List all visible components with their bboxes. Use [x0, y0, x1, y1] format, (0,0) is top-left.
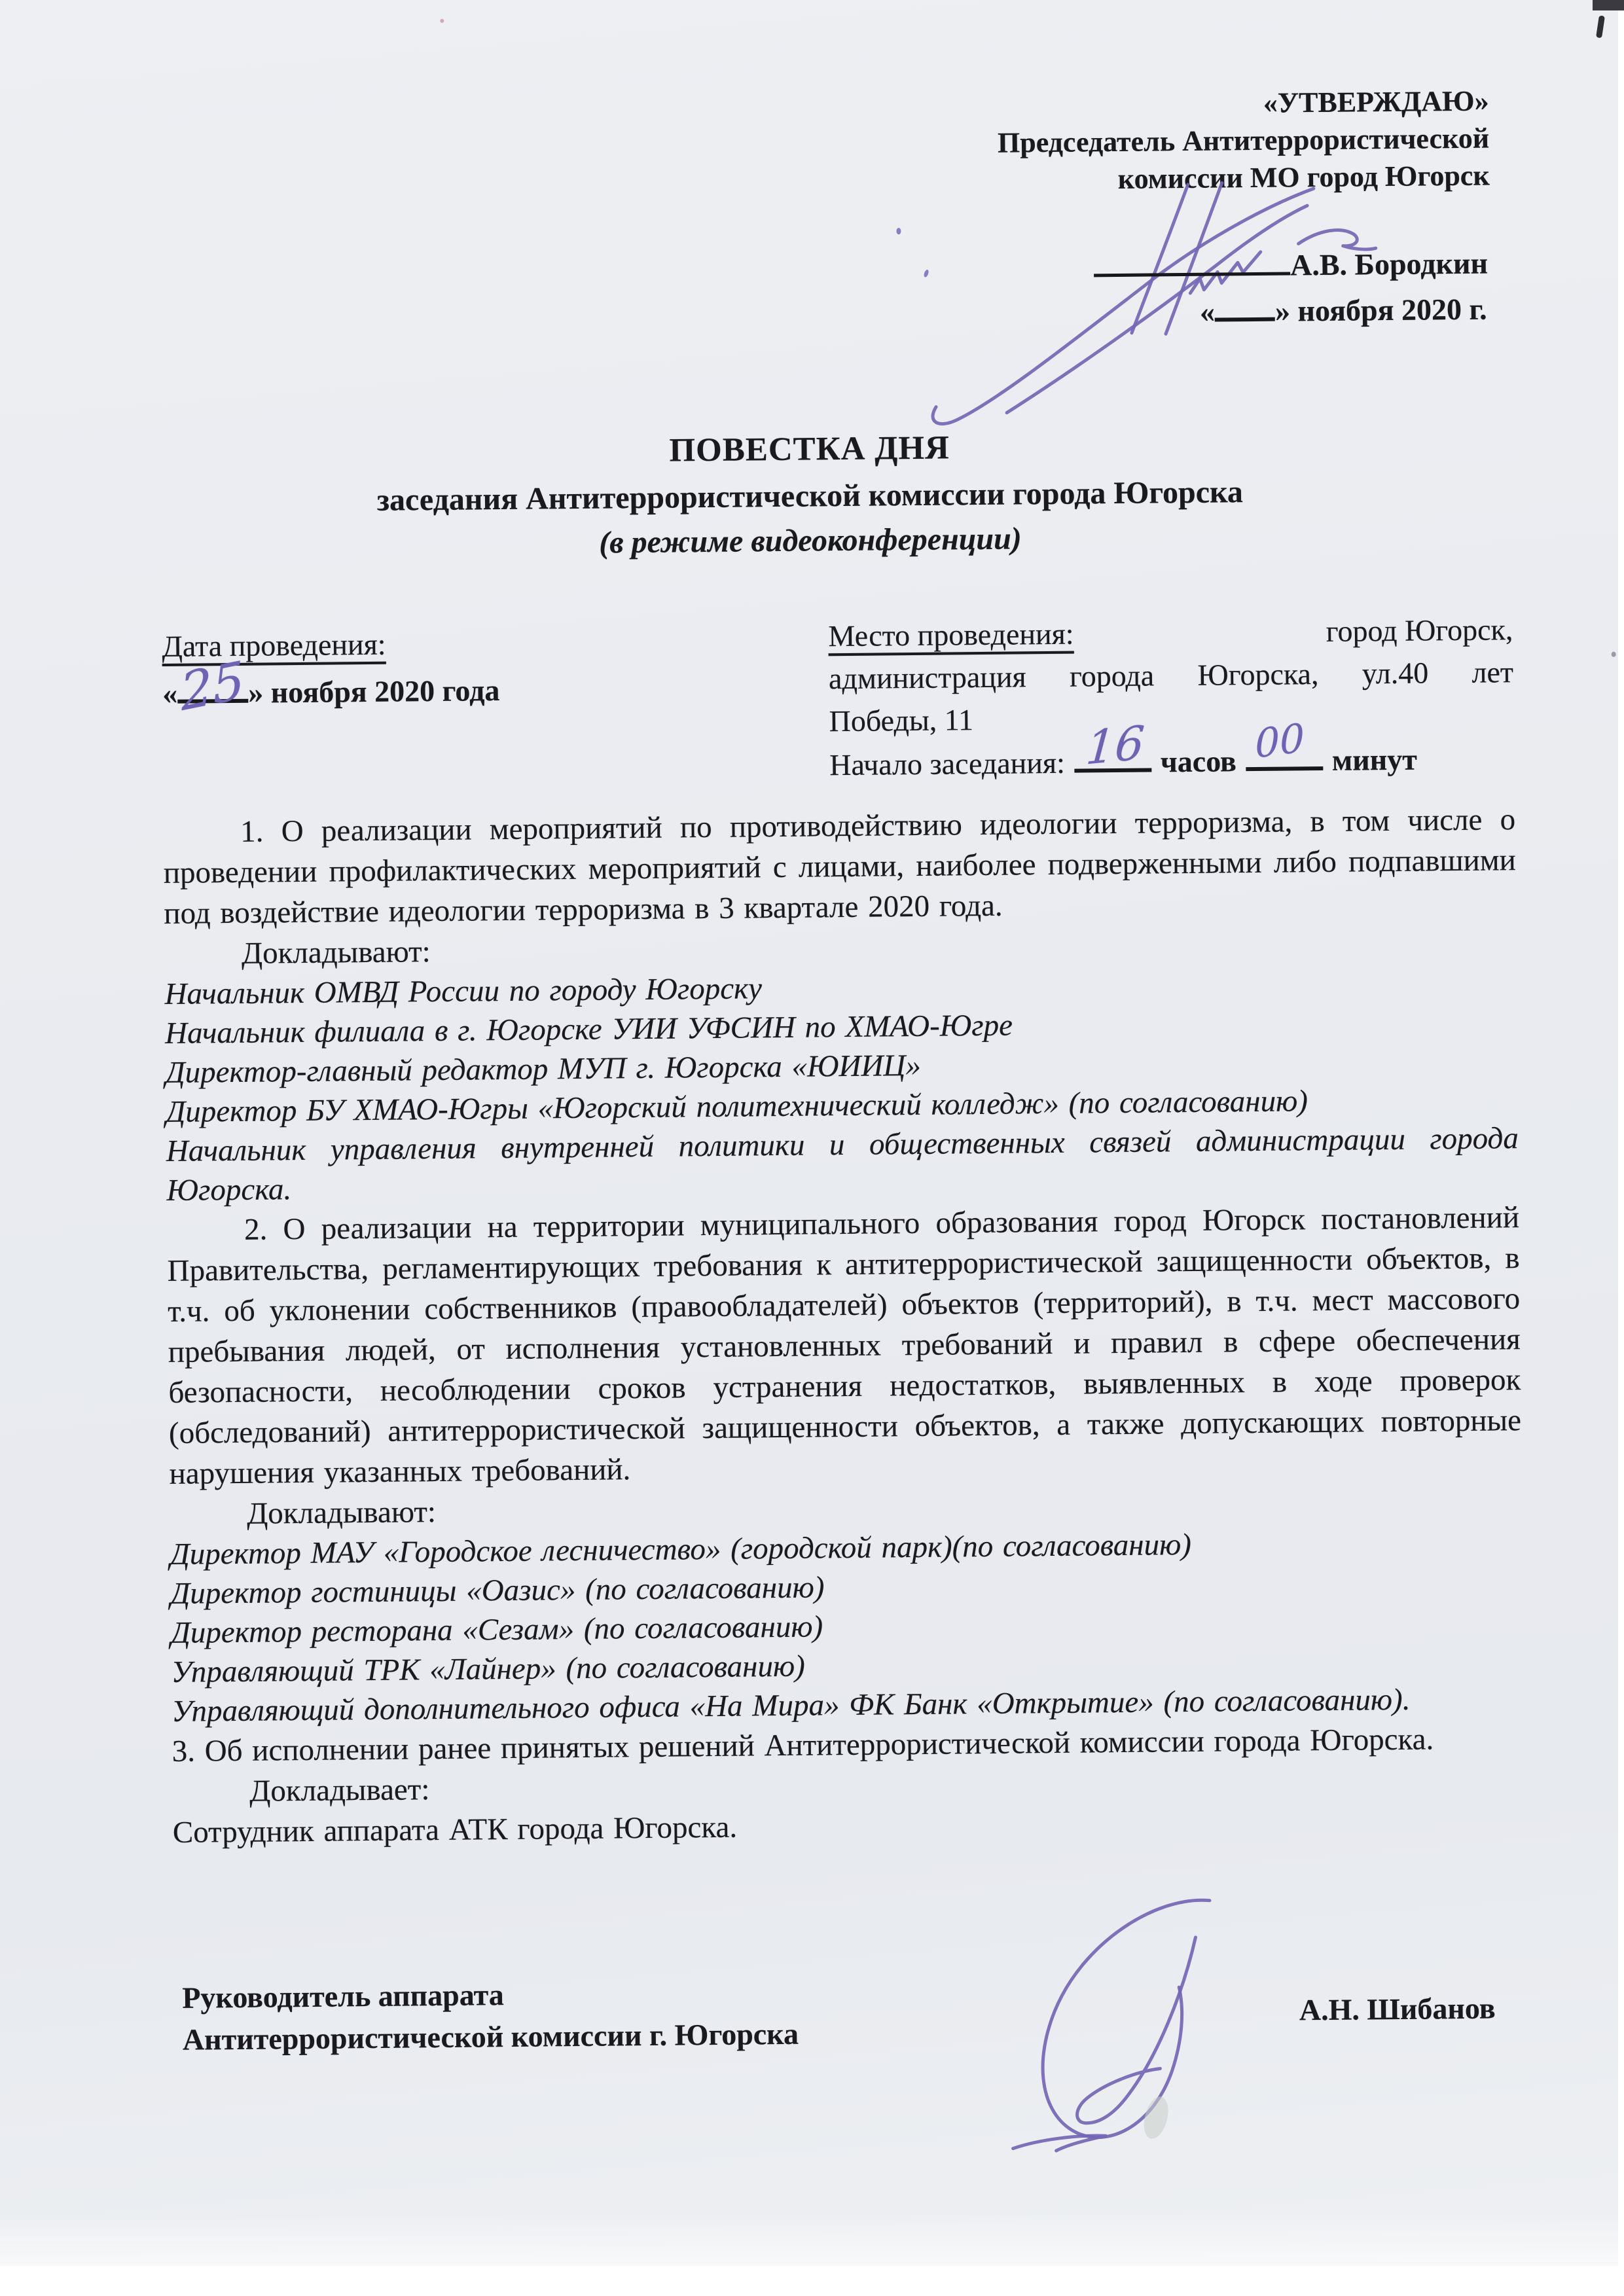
place-city: город Югорск,	[1326, 608, 1513, 653]
secretary-position-line2: Антитеррористической комиссии г. Югорска	[183, 2013, 799, 2061]
hours-unit: часов	[1161, 744, 1237, 778]
ink-speck	[1596, 15, 1605, 38]
hours-blank: 16	[1074, 768, 1151, 773]
document-content: «УТВЕРЖДАЮ» Председатель Антитеррористич…	[0, 0, 1624, 2296]
start-label: Начало заседания:	[829, 746, 1065, 781]
start-time-line: Начало заседания:16часов00минут	[829, 737, 1515, 786]
ink-speck	[1612, 652, 1616, 657]
handwritten-day: 25	[179, 658, 245, 715]
chairman-name: А.В. Бородкин	[1290, 247, 1488, 282]
scanned-agenda-document: «УТВЕРЖДАЮ» Председатель Антитеррористич…	[0, 0, 1624, 2296]
quote-open: «	[1200, 295, 1215, 329]
quote-open: «	[162, 677, 177, 710]
scan-edge-fade	[0, 2212, 1618, 2266]
item2-speakers-list: Директор МАУ «Городское лесничество» (го…	[170, 1522, 1525, 1731]
approval-date-text: » ноября 2020 г.	[1275, 293, 1487, 328]
place-label: Место проведения:	[828, 613, 1074, 658]
signature-blank-line	[1094, 272, 1290, 277]
approval-date-line: «» ноября 2020 г.	[1200, 292, 1487, 329]
minutes-unit: минут	[1332, 743, 1417, 777]
document-title: ПОВЕСТКА ДНЯ заседания Антитеррористичес…	[4, 420, 1615, 571]
date-value-text: » ноября 2020 года	[248, 673, 500, 709]
secretary-position-line1: Руководитель аппарата	[182, 1971, 799, 2019]
place-line2: администрация города Югорска, ул.40 лет	[829, 651, 1514, 700]
approval-stamp: «УТВЕРЖДАЮ»	[997, 82, 1489, 124]
speaker-line: Начальник управления внутренней политики…	[166, 1119, 1519, 1210]
minutes-blank: 00	[1246, 766, 1323, 771]
handwritten-minutes: 00	[1254, 717, 1305, 766]
ink-speck	[896, 228, 901, 234]
handwritten-hours: 16	[1084, 721, 1146, 770]
meeting-place-block: Место проведения: город Югорск, админист…	[828, 608, 1514, 786]
secretary-signature	[999, 1874, 1290, 2184]
agenda-body: 1. О реализации мероприятий по противоде…	[163, 799, 1525, 1853]
date-value-line: «25» ноября 2020 года	[162, 669, 500, 715]
approval-date-blank	[1215, 317, 1275, 322]
chairman-position-line1: Председатель Антитеррористической	[998, 120, 1490, 162]
secretary-name: А.Н. Шибанов	[1299, 1991, 1496, 2028]
place-line3: Победы, 11	[829, 693, 1514, 742]
item1-speakers-list: Начальник ОМВД России по городу Югорску …	[164, 961, 1519, 1210]
date-day-blank: 25	[177, 699, 248, 704]
agenda-item-2-text: 2. О реализации на территории муниципаль…	[167, 1197, 1522, 1494]
chairman-sign-line: А.В. Бородкин	[1094, 246, 1488, 285]
place-line1: Место проведения: город Югорск,	[828, 608, 1513, 657]
meeting-date-block: Дата проведения: «25» ноября 2020 года	[162, 622, 499, 715]
secretary-position-block: Руководитель аппарата Антитеррористическ…	[182, 1971, 799, 2061]
ink-speck	[440, 19, 444, 23]
agenda-item-1-text: 1. О реализации мероприятий по противоде…	[163, 799, 1517, 934]
